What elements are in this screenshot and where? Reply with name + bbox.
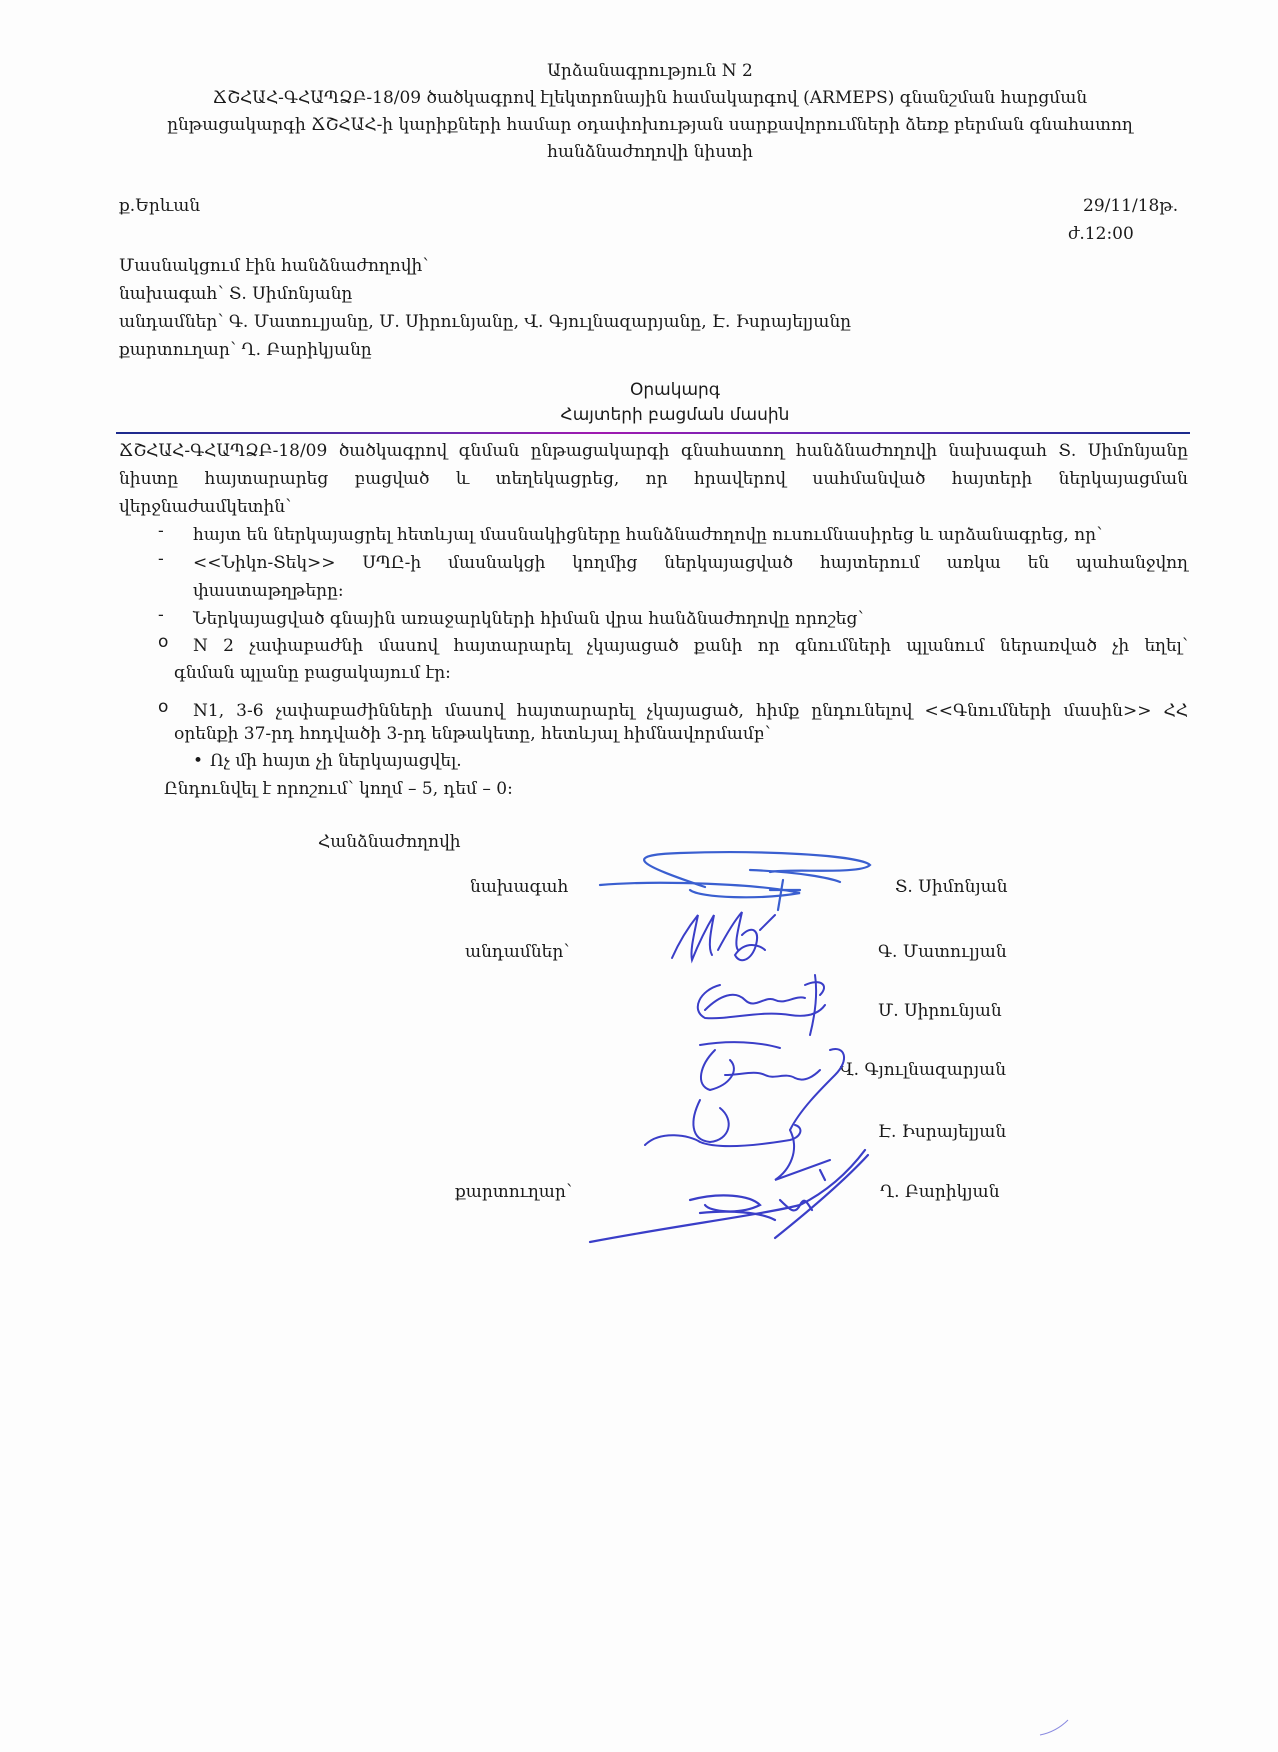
handwritten-signatures [0, 0, 1278, 1752]
signature-member-2-icon [698, 975, 825, 1035]
signature-chair-icon [600, 852, 870, 910]
stray-mark-icon [1040, 1720, 1068, 1735]
signature-member-3-icon [700, 1042, 844, 1130]
signature-secretary-icon [590, 1150, 868, 1242]
signature-member-1-icon [672, 912, 775, 960]
